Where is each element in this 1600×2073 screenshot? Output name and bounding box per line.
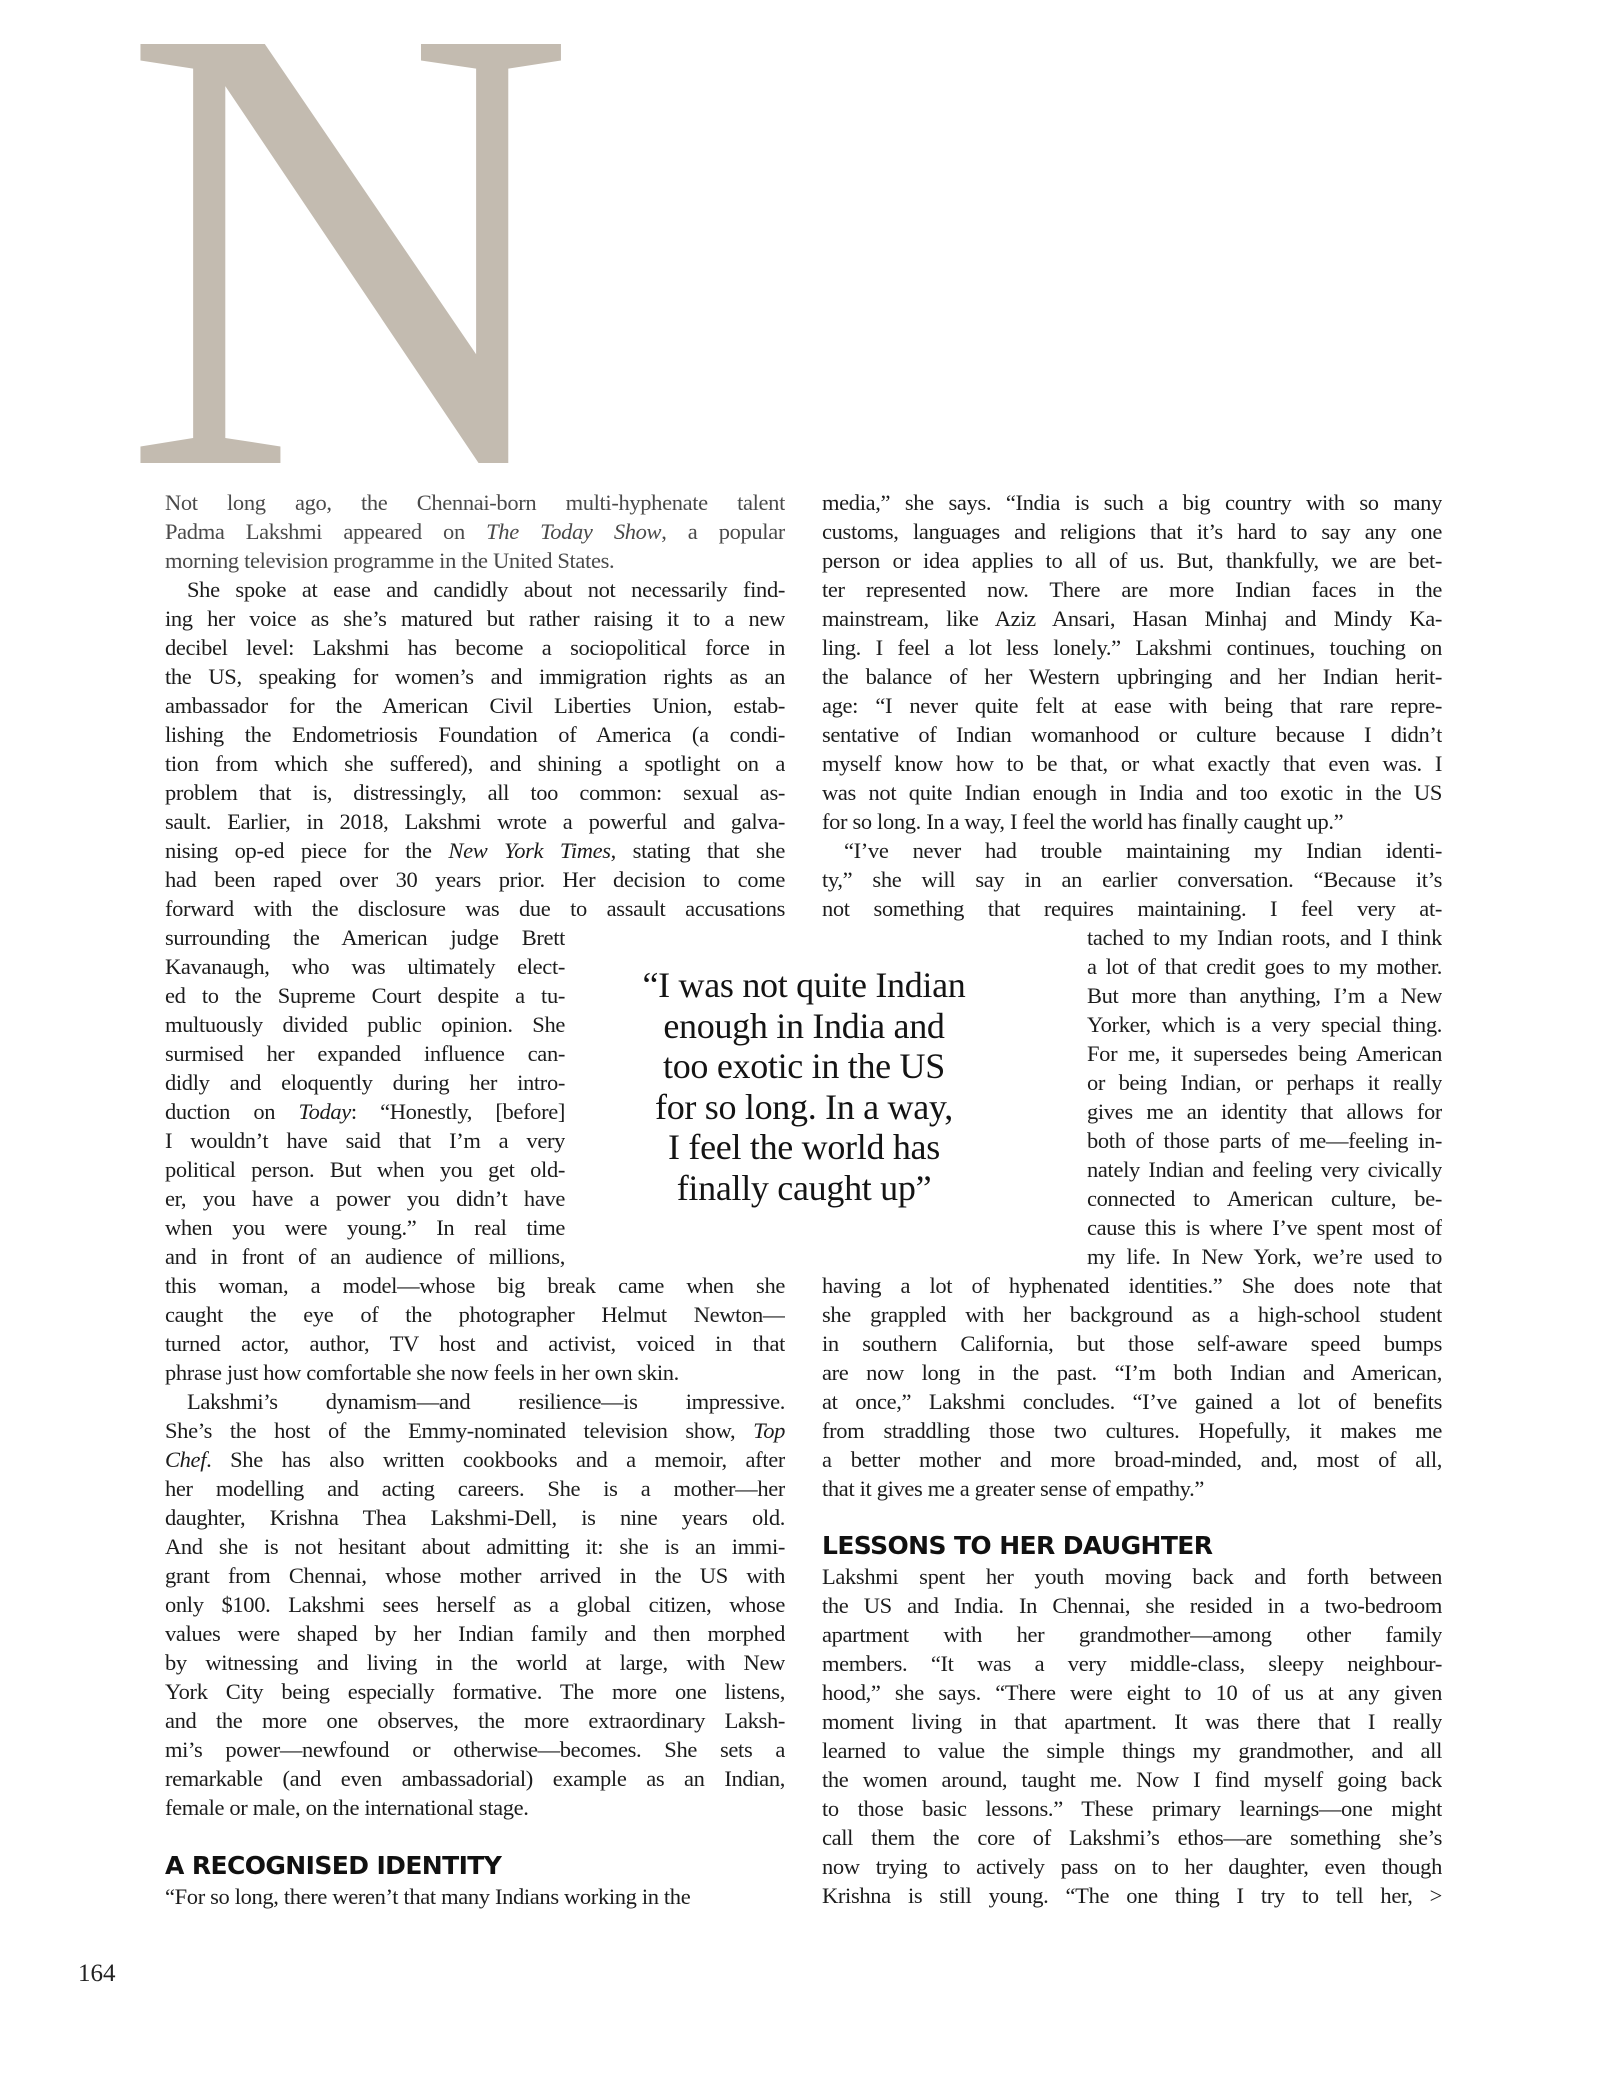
body-line: “For so long, there weren’t that many In… — [165, 1882, 785, 1911]
body-line: political person. But when you get old- — [165, 1155, 565, 1184]
italic-title: The Today Show — [486, 519, 661, 544]
body-line: York City being especially formative. Th… — [165, 1677, 785, 1706]
text-run: , stating that she — [611, 838, 785, 863]
body-line: Lakshmi’s dynamism—and resilience—is imp… — [165, 1387, 785, 1416]
body-line: Chef. She has also written cookbooks and… — [165, 1445, 785, 1474]
body-line: and in front of an audience of millions, — [165, 1242, 565, 1271]
body-line: Padma Lakshmi appeared on The Today Show… — [165, 517, 785, 546]
magazine-page: N Not long ago, the Chennai-born multi-h… — [0, 0, 1600, 2073]
body-line: and the more one observes, the more extr… — [165, 1706, 785, 1735]
body-line: are now long in the past. “I’m both Indi… — [822, 1358, 1442, 1387]
italic-title: New York Times — [448, 838, 610, 863]
body-line: ty,” she will say in an earlier conversa… — [822, 865, 1442, 894]
body-line: or being Indian, or perhaps it really — [1087, 1068, 1442, 1097]
body-line: female or male, on the international sta… — [165, 1793, 785, 1822]
body-line: only $100. Lakshmi sees herself as a glo… — [165, 1590, 785, 1619]
body-line: I wouldn’t have said that I’m a very — [165, 1126, 565, 1155]
body-line: media,” she says. “India is such a big c… — [822, 488, 1442, 517]
body-line: this woman, a model—whose big break came… — [165, 1271, 785, 1300]
body-line: problem that is, distressingly, all too … — [165, 778, 785, 807]
text-run: Padma Lakshmi appeared on — [165, 519, 486, 544]
body-line: age: “I never quite felt at ease with be… — [822, 691, 1442, 720]
body-line: from straddling those two cultures. Hope… — [822, 1416, 1442, 1445]
body-line: decibel level: Lakshmi has become a soci… — [165, 633, 785, 662]
text-run: duction on — [165, 1099, 298, 1124]
body-line: at once,” Lakshmi concludes. “I’ve gaine… — [822, 1387, 1442, 1416]
body-line: ing her voice as she’s matured but rathe… — [165, 604, 785, 633]
pull-quote-line: “I was not quite Indian — [598, 965, 1010, 1006]
italic-title: Chef — [165, 1447, 206, 1472]
body-line: by witnessing and living in the world at… — [165, 1648, 785, 1677]
body-line: duction on Today: “Honestly, [before] — [165, 1097, 565, 1126]
body-line: mainstream, like Aziz Ansari, Hasan Minh… — [822, 604, 1442, 633]
body-line: But more than anything, I’m a New — [1087, 981, 1442, 1010]
body-line: moment living in that apartment. It was … — [822, 1707, 1442, 1736]
body-line: surrounding the American judge Brett — [165, 923, 565, 952]
body-line: her modelling and acting careers. She is… — [165, 1474, 785, 1503]
body-line: ter represented now. There are more Indi… — [822, 575, 1442, 604]
body-line: She spoke at ease and candidly about not… — [165, 575, 785, 604]
pull-quote-line: I feel the world has — [598, 1127, 1010, 1168]
pull-quote: “I was not quite Indianenough in India a… — [598, 965, 1010, 1208]
body-line: hood,” she says. “There were eight to 10… — [822, 1678, 1442, 1707]
drop-cap-letter: N — [122, 0, 553, 508]
body-line: having a lot of hyphenated identities.” … — [822, 1271, 1442, 1300]
body-line: cause this is where I’ve spent most of — [1087, 1213, 1442, 1242]
body-line: Krishna is still young. “The one thing I… — [822, 1881, 1442, 1910]
body-line: forward with the disclosure was due to a… — [165, 894, 785, 923]
body-line: to those basic lessons.” These primary l… — [822, 1794, 1442, 1823]
body-line: had been raped over 30 years prior. Her … — [165, 865, 785, 894]
body-line: she grappled with her background as a hi… — [822, 1300, 1442, 1329]
body-line: lishing the Endometriosis Foundation of … — [165, 720, 785, 749]
pull-quote-line: finally caught up” — [598, 1168, 1010, 1209]
pull-quote-line: for so long. In a way, — [598, 1087, 1010, 1128]
pull-quote-line: too exotic in the US — [598, 1046, 1010, 1087]
body-line: call them the core of Lakshmi’s ethos—ar… — [822, 1823, 1442, 1852]
body-line: daughter, Krishna Thea Lakshmi-Dell, is … — [165, 1503, 785, 1532]
body-line: gives me an identity that allows for — [1087, 1097, 1442, 1126]
body-line: the US and India. In Chennai, she reside… — [822, 1591, 1442, 1620]
body-line: surmised her expanded influence can- — [165, 1039, 565, 1068]
text-run: nising op-ed piece for the — [165, 838, 448, 863]
body-line: er, you have a power you didn’t have — [165, 1184, 565, 1213]
body-line: ambassador for the American Civil Libert… — [165, 691, 785, 720]
body-line: my life. In New York, we’re used to — [1087, 1242, 1442, 1271]
body-line: the women around, taught me. Now I find … — [822, 1765, 1442, 1794]
body-line: learned to value the simple things my gr… — [822, 1736, 1442, 1765]
body-line: Not long ago, the Chennai-born multi-hyp… — [165, 488, 785, 517]
body-line: grant from Chennai, whose mother arrived… — [165, 1561, 785, 1590]
body-line: values were shaped by her Indian family … — [165, 1619, 785, 1648]
body-line: sault. Earlier, in 2018, Lakshmi wrote a… — [165, 807, 785, 836]
italic-title: Today — [298, 1099, 350, 1124]
section-heading-recognised-identity: A RECOGNISED IDENTITY — [165, 1851, 501, 1881]
text-run: She’s the host of the Emmy-nominated tel… — [165, 1418, 753, 1443]
body-line: the US, speaking for women’s and immigra… — [165, 662, 785, 691]
body-line: when you were young.” In real time — [165, 1213, 565, 1242]
body-line: She’s the host of the Emmy-nominated tel… — [165, 1416, 785, 1445]
body-line: ed to the Supreme Court despite a tu- — [165, 981, 565, 1010]
body-line: remarkable (and even ambassadorial) exam… — [165, 1764, 785, 1793]
body-line: didly and eloquently during her intro- — [165, 1068, 565, 1097]
body-line: both of those parts of me—feeling in- — [1087, 1126, 1442, 1155]
body-line: not something that requires maintaining.… — [822, 894, 1442, 923]
body-line: morning television programme in the Unit… — [165, 546, 785, 575]
body-line: in southern California, but those self-a… — [822, 1329, 1442, 1358]
body-line: turned actor, author, TV host and activi… — [165, 1329, 785, 1358]
body-line: Lakshmi spent her youth moving back and … — [822, 1562, 1442, 1591]
body-line: a lot of that credit goes to my mother. — [1087, 952, 1442, 981]
body-line: sentative of Indian womanhood or culture… — [822, 720, 1442, 749]
body-line: nising op-ed piece for the New York Time… — [165, 836, 785, 865]
body-line: nately Indian and feeling very civically — [1087, 1155, 1442, 1184]
body-line: multuously divided public opinion. She — [165, 1010, 565, 1039]
body-line: And she is not hesitant about admitting … — [165, 1532, 785, 1561]
body-line: ling. I feel a lot less lonely.” Lakshmi… — [822, 633, 1442, 662]
text-run: : “Honestly, [before] — [351, 1099, 565, 1124]
page-number: 164 — [78, 1960, 116, 1988]
body-line: now trying to actively pass on to her da… — [822, 1852, 1442, 1881]
body-line: caught the eye of the photographer Helmu… — [165, 1300, 785, 1329]
body-line: Kavanaugh, who was ultimately elect- — [165, 952, 565, 981]
body-line: apartment with her grandmother—among oth… — [822, 1620, 1442, 1649]
body-line: phrase just how comfortable she now feel… — [165, 1358, 785, 1387]
italic-title: Top — [753, 1418, 785, 1443]
body-line: Yorker, which is a very special thing. — [1087, 1010, 1442, 1039]
body-line: connected to American culture, be- — [1087, 1184, 1442, 1213]
body-line: tion from which she suffered), and shini… — [165, 749, 785, 778]
body-line: “I’ve never had trouble maintaining my I… — [822, 836, 1442, 865]
text-run: . She has also written cookbooks and a m… — [206, 1447, 785, 1472]
body-line: For me, it supersedes being American — [1087, 1039, 1442, 1068]
body-line: customs, languages and religions that it… — [822, 517, 1442, 546]
text-run: , a popular — [661, 519, 785, 544]
body-line: tached to my Indian roots, and I think — [1087, 923, 1442, 952]
pull-quote-line: enough in India and — [598, 1006, 1010, 1047]
body-line: person or idea applies to all of us. But… — [822, 546, 1442, 575]
body-line: members. “It was a very middle-class, sl… — [822, 1649, 1442, 1678]
section-heading-lessons-to-her-daughter: LESSONS TO HER DAUGHTER — [822, 1531, 1212, 1561]
body-line: that it gives me a greater sense of empa… — [822, 1474, 1442, 1503]
body-line: mi’s power—newfound or otherwise—becomes… — [165, 1735, 785, 1764]
body-line: was not quite Indian enough in India and… — [822, 778, 1442, 807]
body-line: myself know how to be that, or what exac… — [822, 749, 1442, 778]
body-line: for so long. In a way, I feel the world … — [822, 807, 1442, 836]
body-line: the balance of her Western upbringing an… — [822, 662, 1442, 691]
body-line: a better mother and more broad-minded, a… — [822, 1445, 1442, 1474]
